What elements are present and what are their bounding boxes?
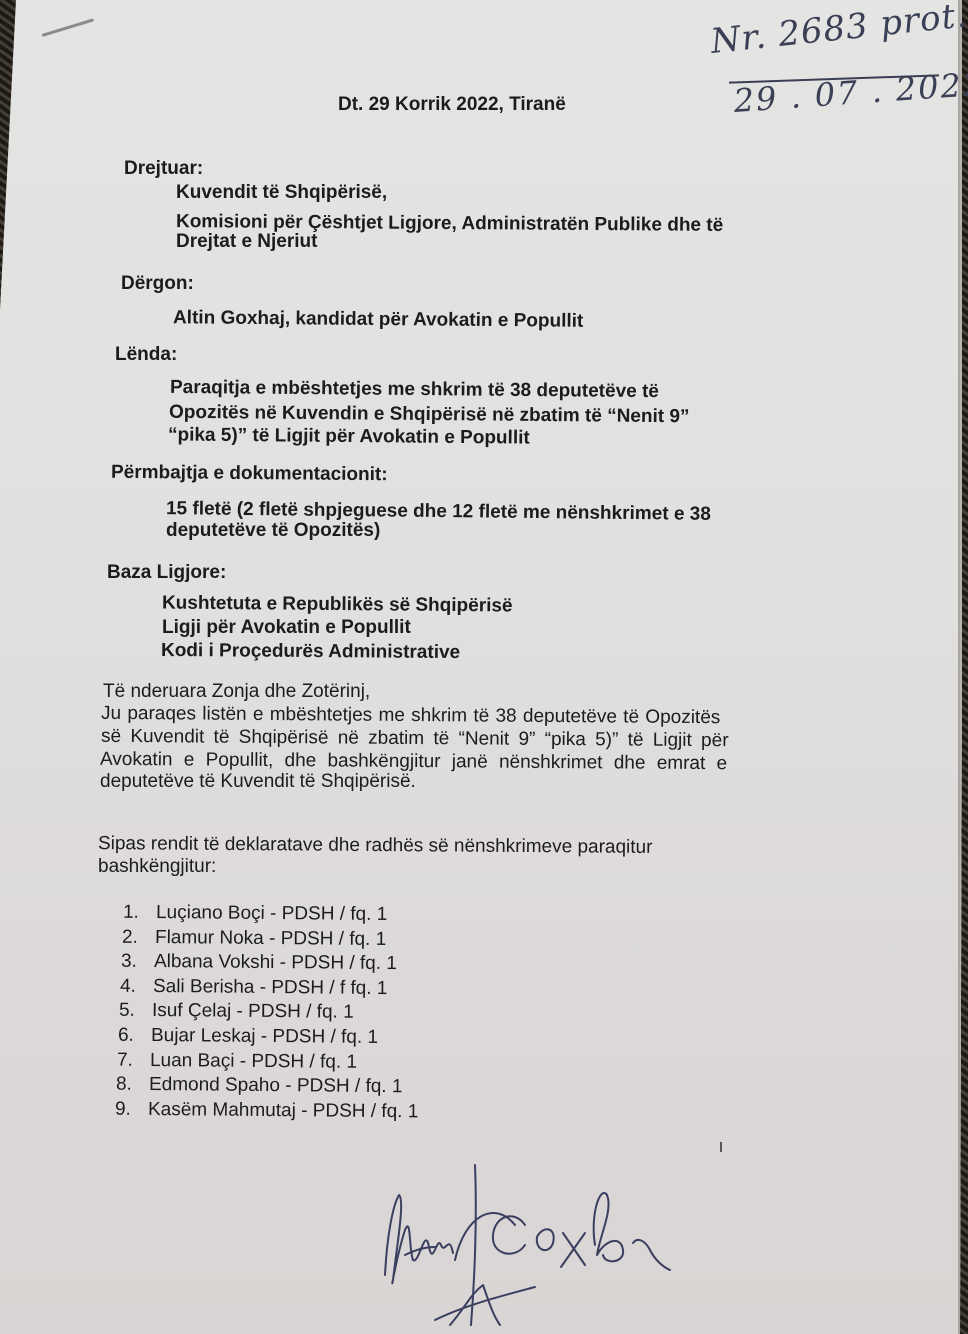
signatory-name: Edmond Spaho - PDSH / fq. 1: [149, 1073, 403, 1100]
handwritten-signature: [375, 1155, 715, 1330]
list-number: 2.: [122, 925, 155, 950]
list-number: 4.: [120, 974, 153, 999]
list-number: 7.: [117, 1048, 150, 1073]
legal-basis-line: Kushtetuta e Republikës së Shqipërisë: [162, 591, 513, 618]
contents-label: Përmbajtja e dokumentacionit:: [111, 461, 388, 487]
body-line: deputetëve të Kuvendit të Shqipërisë.: [100, 770, 416, 794]
list-item: 9. Kasëm Mahmutaj - PDSH / fq. 1: [115, 1097, 419, 1124]
subject-label: Lënda:: [115, 343, 177, 367]
list-item: 5. Isuf Çelaj - PDSH / fq. 1: [119, 999, 419, 1026]
protocol-date: 29 . 07 . 2022: [732, 65, 968, 120]
signatory-name: Luan Baçi - PDSH / fq. 1: [150, 1049, 357, 1075]
list-item: 7. Luan Baçi - PDSH / fq. 1: [117, 1048, 419, 1075]
addressed-to-line: Drejtat e Njeriut: [176, 230, 317, 254]
list-number: 8.: [116, 1073, 149, 1098]
list-number: 6.: [118, 1024, 151, 1049]
list-item: 2. Flamur Noka - PDSH / fq. 1: [122, 925, 419, 952]
list-number: 5.: [119, 999, 152, 1024]
subject-line: Paraqitja e mbështetjes me shkrim të 38 …: [170, 376, 659, 404]
signatory-name: Flamur Noka - PDSH / fq. 1: [155, 926, 386, 953]
paper-edge: [958, 0, 960, 1334]
sender-label: Dërgon:: [121, 272, 194, 296]
sender-line: Altin Goxhaj, kandidat për Avokatin e Po…: [173, 306, 584, 334]
list-item: 4. Sali Berisha - PDSH / f fq. 1: [120, 974, 419, 1001]
signatory-name: Albana Vokshi - PDSH / fq. 1: [154, 950, 397, 977]
contents-line: deputetëve të Opozitës): [166, 519, 380, 543]
list-item: 8. Edmond Spaho - PDSH / fq. 1: [116, 1073, 419, 1100]
list-number: 1.: [123, 901, 156, 926]
document-date: Dt. 29 Korrik 2022, Tiranë: [338, 93, 566, 117]
intro-line: bashkëngjitur:: [98, 855, 216, 879]
signatory-name: Kasëm Mahmutaj - PDSH / fq. 1: [148, 1098, 419, 1125]
list-item: 3. Albana Vokshi - PDSH / fq. 1: [121, 950, 419, 977]
addressed-to-line: Kuvendit të Shqipërisë,: [176, 181, 387, 205]
salutation: Të nderuara Zonja dhe Zotërinj,: [103, 680, 370, 704]
signatory-name: Bujar Leskaj - PDSH / fq. 1: [151, 1024, 378, 1051]
legal-basis-line: Kodi i Proçedurës Administrative: [161, 639, 460, 665]
pen-mark: [720, 1142, 722, 1152]
list-item: 1. Luçiano Boçi - PDSH / fq. 1: [123, 901, 419, 928]
legal-basis-line: Ligji për Avokatin e Popullit: [162, 616, 411, 640]
document-paper: [0, 0, 962, 1334]
addressed-to-label: Drejtuar:: [124, 157, 203, 181]
list-number: 9.: [115, 1097, 148, 1122]
signatory-name: Isuf Çelaj - PDSH / fq. 1: [152, 999, 354, 1025]
subject-line: “pika 5)” të Ligjit për Avokatin e Popul…: [168, 423, 530, 450]
signatory-name: Luçiano Boçi - PDSH / fq. 1: [156, 901, 387, 928]
protocol-stamp: Nr. 2683 prot. 29 . 07 . 2022: [705, 16, 965, 126]
legal-basis-label: Baza Ligjore:: [107, 561, 226, 585]
signatory-list: 1. Luçiano Boçi - PDSH / fq. 1 2. Flamur…: [117, 902, 418, 1123]
signatory-name: Sali Berisha - PDSH / f fq. 1: [153, 975, 388, 1002]
list-number: 3.: [121, 950, 154, 975]
list-item: 6. Bujar Leskaj - PDSH / fq. 1: [118, 1024, 419, 1051]
